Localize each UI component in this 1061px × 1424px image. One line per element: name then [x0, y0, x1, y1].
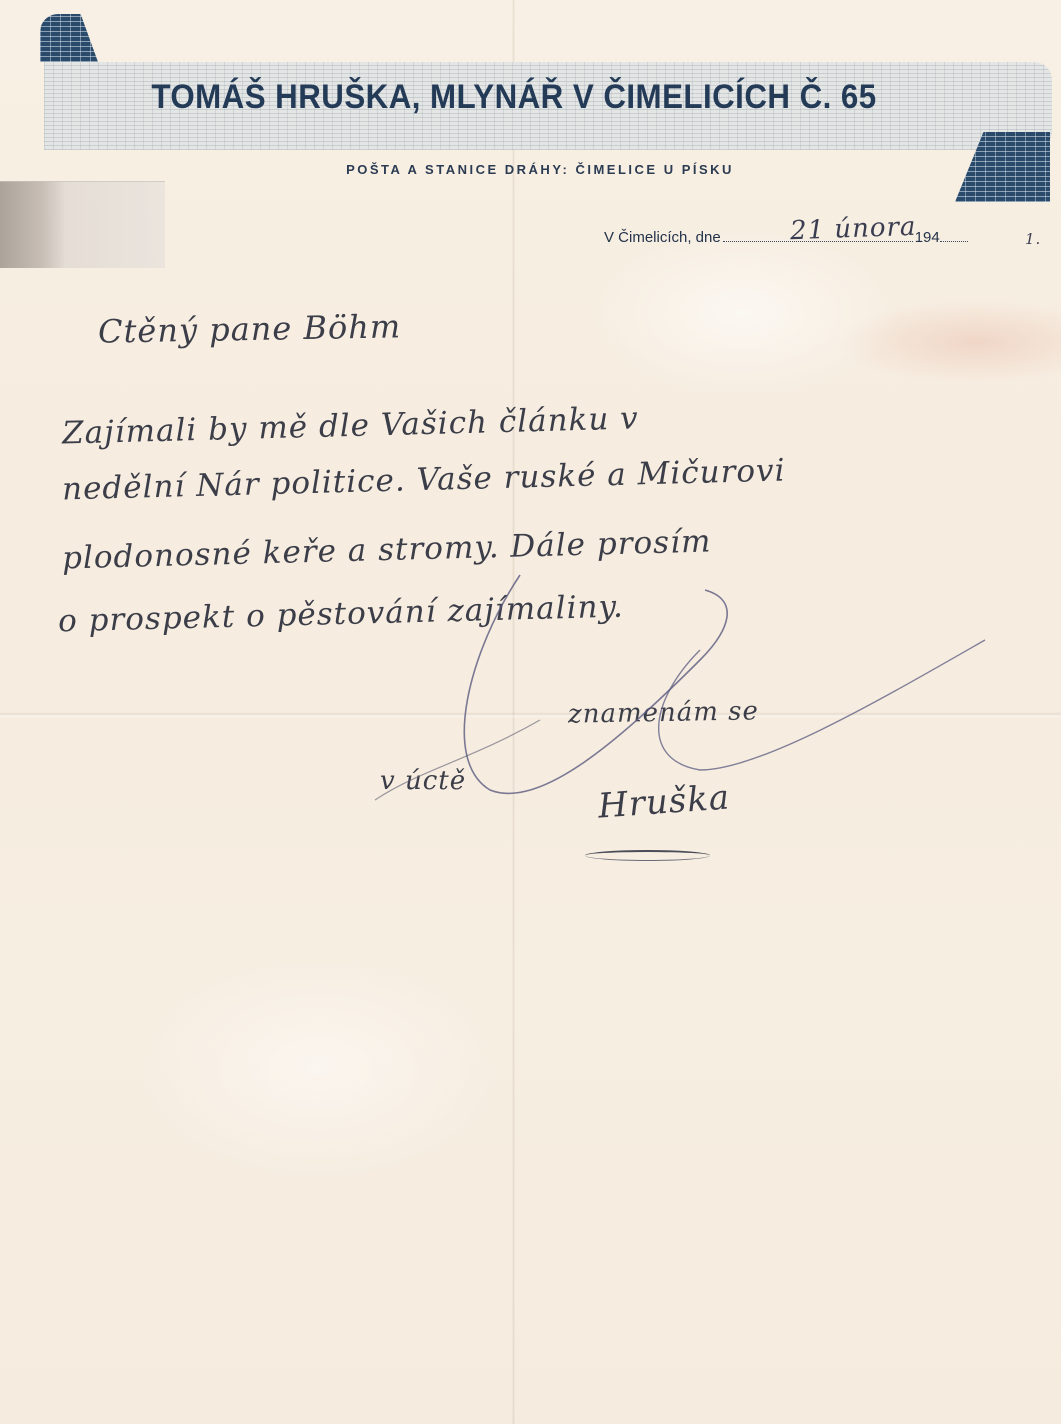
year-dotted-line [940, 240, 968, 242]
tape-residue [0, 181, 165, 268]
handwritten-year-digit: 1. [1025, 230, 1041, 248]
year-prefix: 194 [915, 229, 940, 246]
date-prefix: V Čimelicích, dne [604, 229, 721, 246]
regards-phrase: v úctě [380, 766, 466, 796]
company-name: TOMÁŠ HRUŠKA, MLYNÁŘ V ČIMELICÍCH Č. 65 [100, 78, 928, 117]
company-address-subtitle: POŠTA A STANICE DRÁHY: ČIMELICE U PÍSKU [250, 162, 830, 177]
horizontal-fold-crease [0, 712, 1061, 718]
closing-phrase: znamenám se [568, 696, 759, 729]
handwritten-date: 21 února [790, 212, 917, 246]
salutation: Ctěný pane Böhm [98, 307, 402, 350]
signature-underline [585, 850, 710, 861]
